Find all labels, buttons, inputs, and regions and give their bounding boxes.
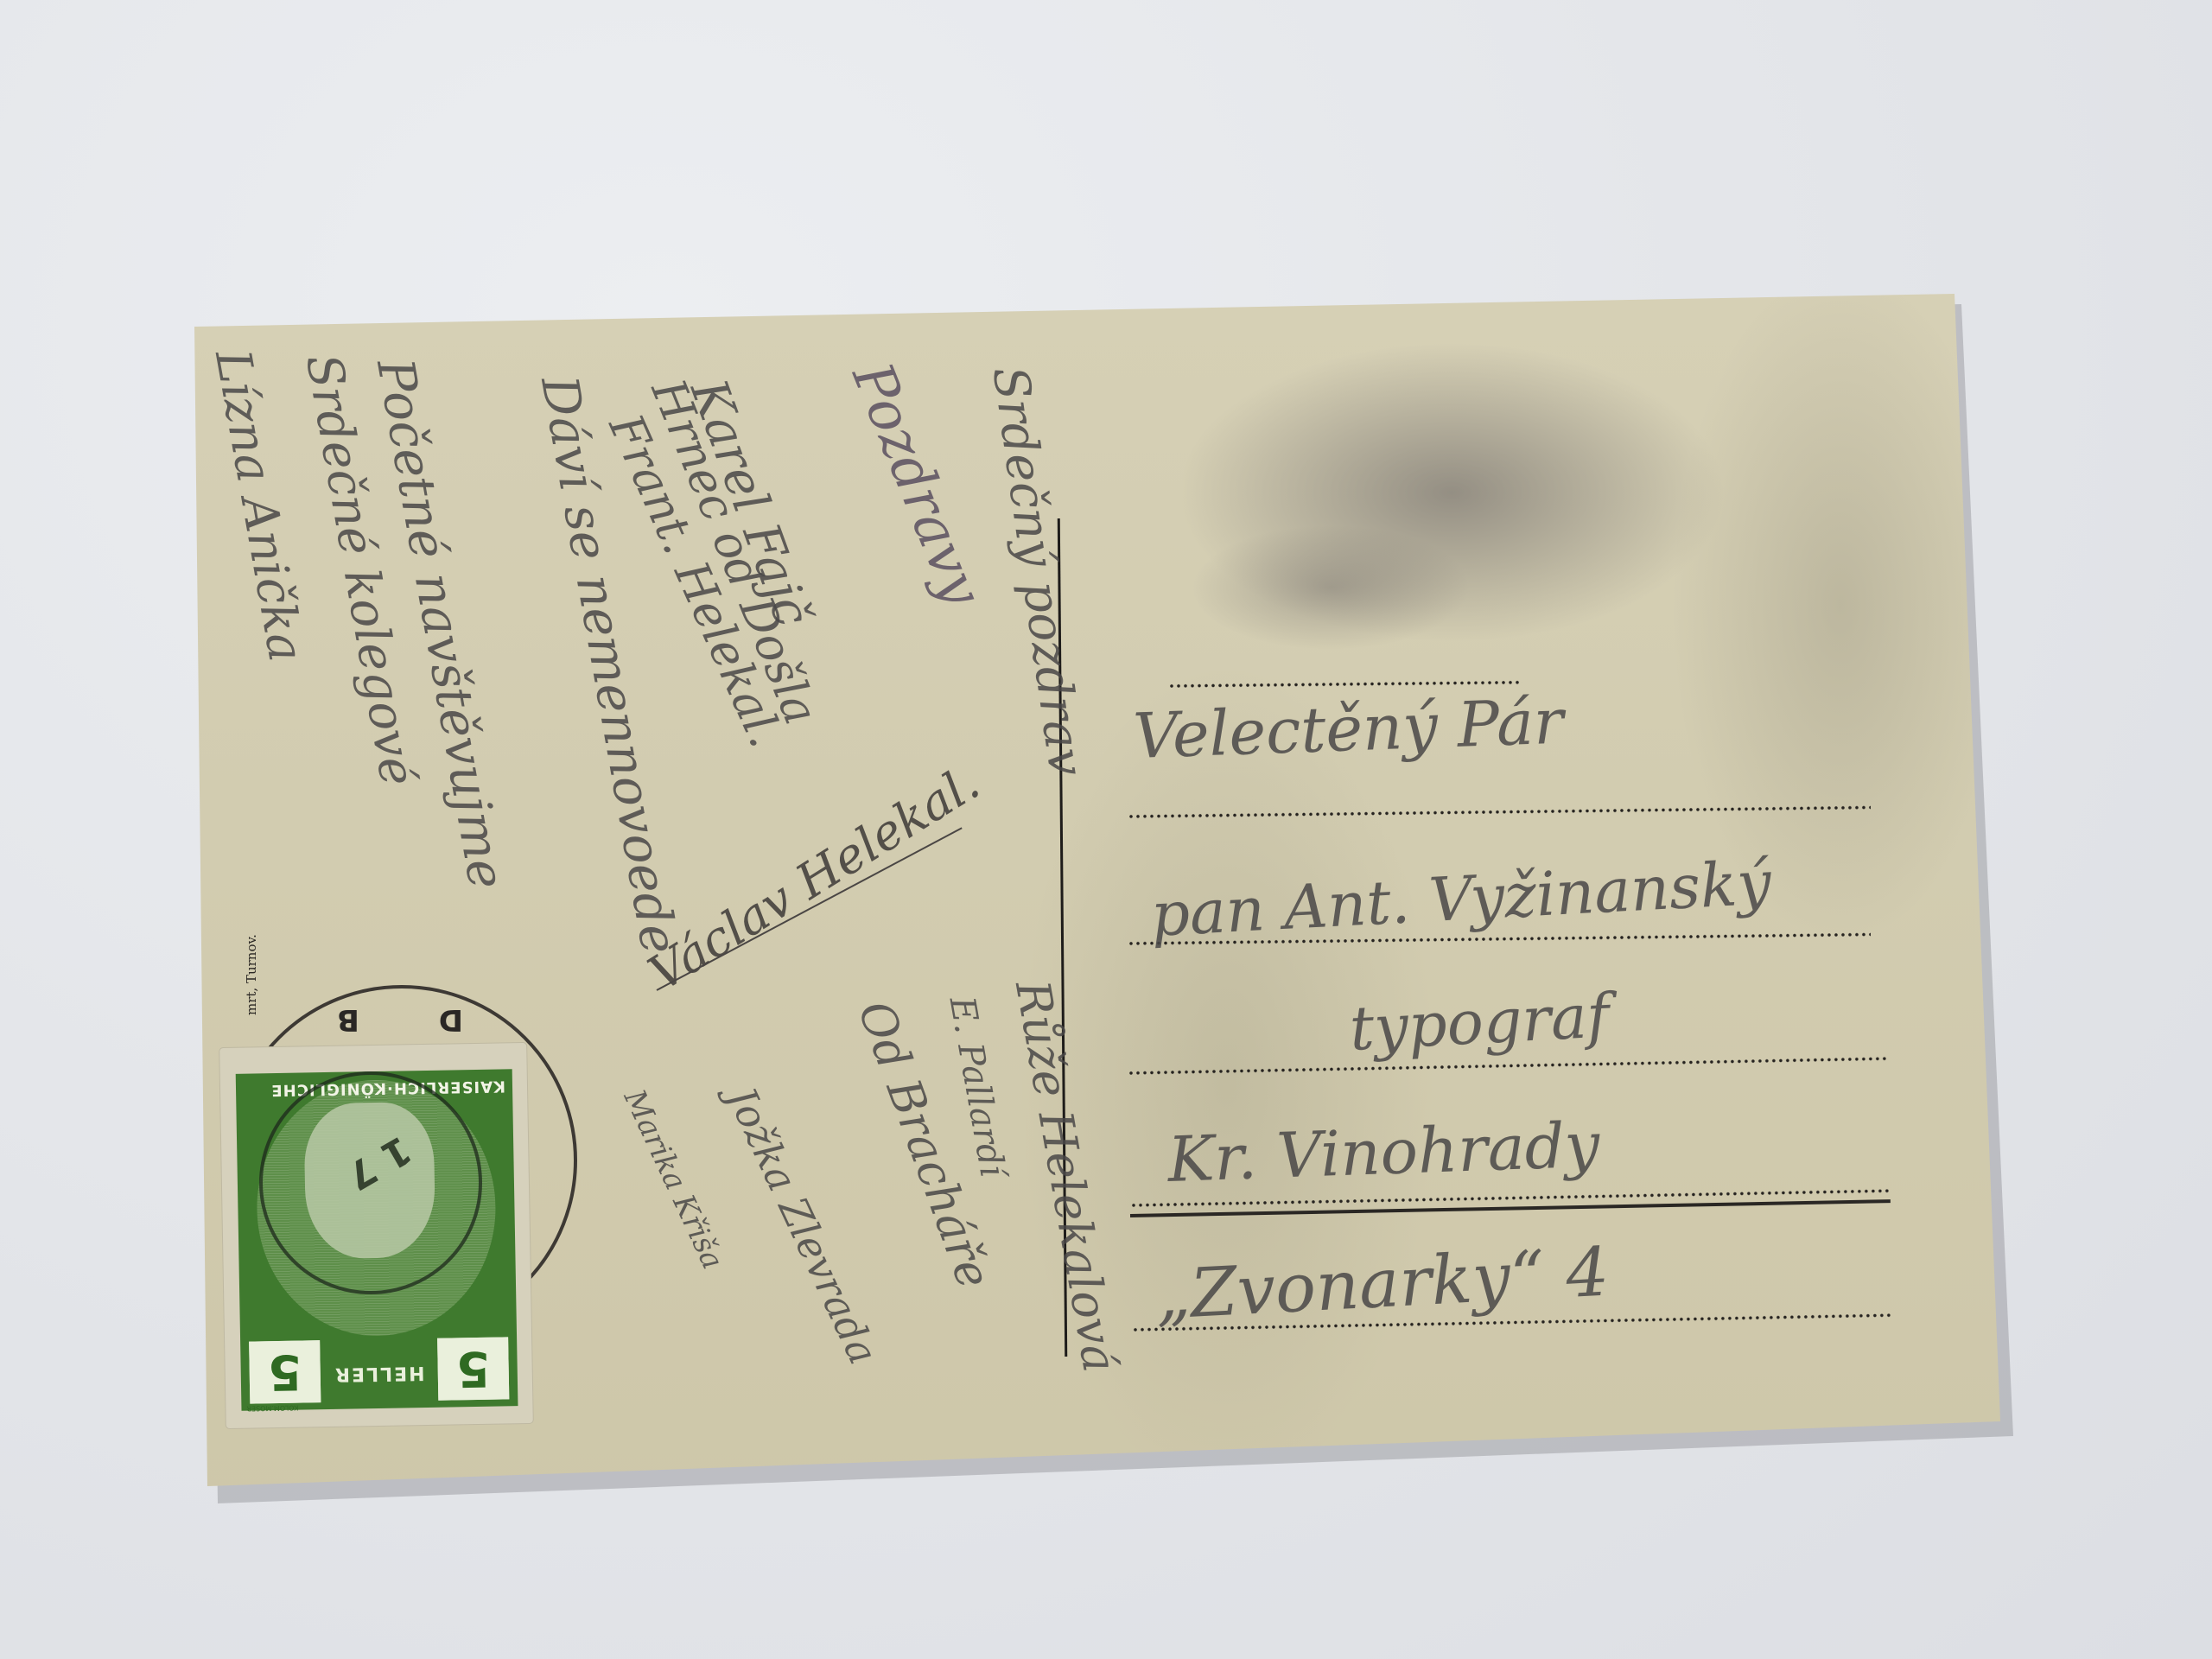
message-column: Jožka Zlevrada	[718, 1080, 887, 1371]
address-line-text: Kr. Vinohrady	[1166, 1109, 1601, 1196]
signature: Václav Helekal.	[639, 755, 989, 1003]
message-column: Srdečný pozdrav	[982, 363, 1095, 779]
postmark-text: D B	[302, 1002, 463, 1037]
message-column: Marika Křiša	[617, 1084, 730, 1274]
stamp-designer: KOLOM.MOSER	[246, 1404, 298, 1413]
message-column: Růže Helekalová	[1005, 976, 1128, 1376]
stamp-currency: HELLER	[327, 1362, 431, 1385]
card-markings: Velectěný Pár pan Ant. Vyžinanský typogr…	[0, 0, 2212, 1659]
address-line-text: Velectěný Pár	[1132, 685, 1565, 772]
message-column: Pozdravy	[839, 354, 994, 614]
address-line-1	[1128, 805, 1871, 818]
address-line-0	[1168, 681, 1522, 688]
address-line-3	[1128, 1057, 1888, 1075]
message-column: Lízna Anička	[204, 346, 314, 666]
stamp-value-left: 5	[437, 1337, 509, 1400]
printer-imprint: mrt, Turnov.	[244, 934, 259, 1015]
address-line-text: typograf	[1348, 980, 1611, 1065]
stamp-value-right: 5	[249, 1340, 321, 1403]
